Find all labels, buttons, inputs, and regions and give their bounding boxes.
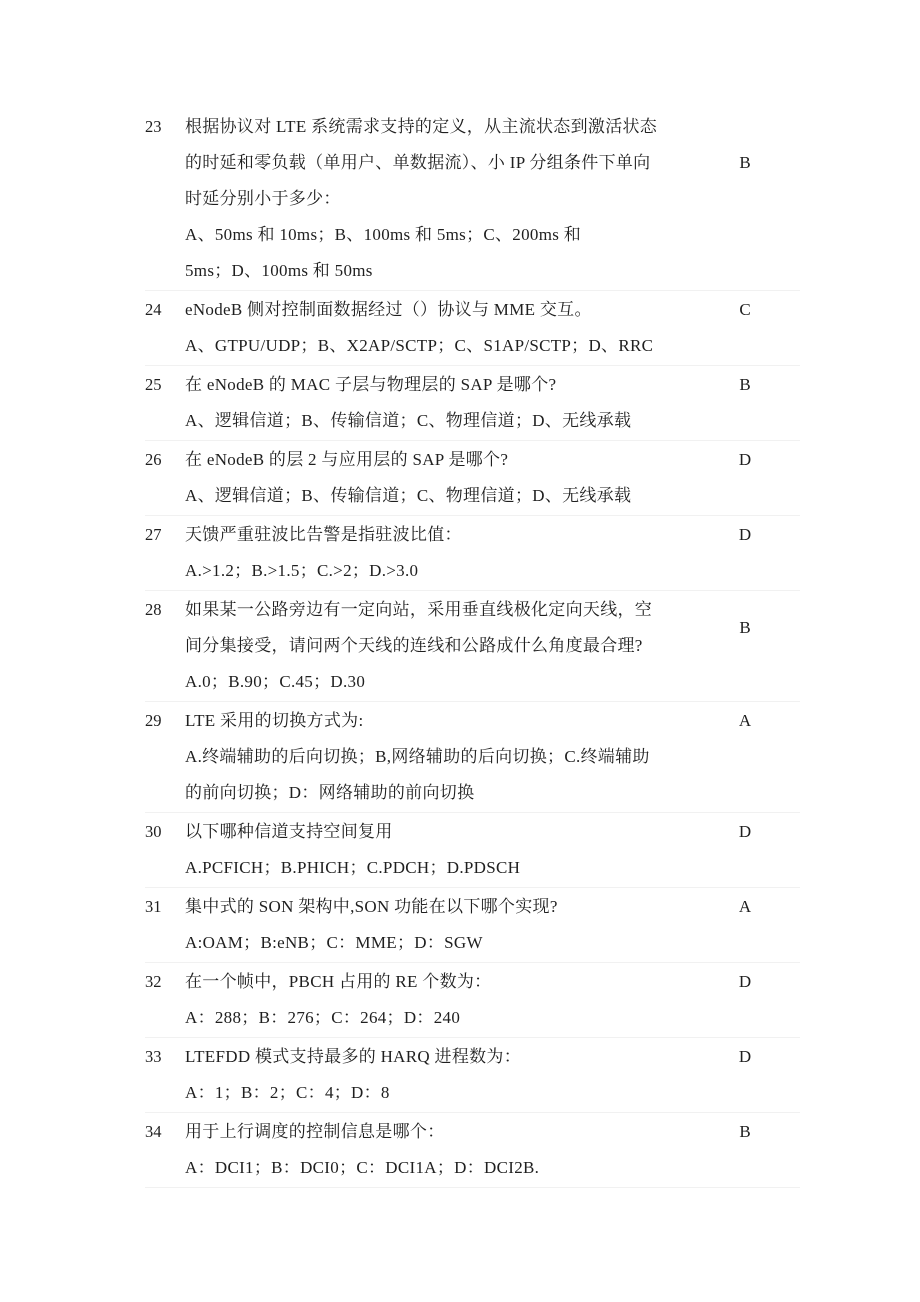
question-text: 在 eNodeB 的 MAC 子层与物理层的 SAP 是哪个? A、逻辑信道；B… bbox=[185, 367, 710, 439]
question-line: 天馈严重驻波比告警是指驻波比值： bbox=[185, 517, 710, 553]
question-text: 如果某一公路旁边有一定向站，采用垂直线极化定向天线，空 间分集接受，请问两个天线… bbox=[185, 592, 710, 700]
document-page: 23 根据协议对 LTE 系统需求支持的定义，从主流状态到激活状态 的时延和零负… bbox=[0, 0, 920, 1302]
options-line: A：1；B：2；C：4；D：8 bbox=[185, 1075, 710, 1111]
options-line: A、50ms 和 10ms；B、100ms 和 5ms；C、200ms 和 bbox=[185, 217, 710, 253]
question-line: 在 eNodeB 的层 2 与应用层的 SAP 是哪个? bbox=[185, 442, 710, 478]
question-text: LTEFDD 模式支持最多的 HARQ 进程数为： A：1；B：2；C：4；D：… bbox=[185, 1039, 710, 1111]
question-text: 集中式的 SON 架构中,SON 功能在以下哪个实现? A:OAM；B:eNB；… bbox=[185, 889, 710, 961]
question-number: 31 bbox=[145, 889, 185, 961]
question-line: 用于上行调度的控制信息是哪个： bbox=[185, 1114, 710, 1150]
question-line: 集中式的 SON 架构中,SON 功能在以下哪个实现? bbox=[185, 889, 710, 925]
question-line: 间分集接受，请问两个天线的连线和公路成什么角度最合理? bbox=[185, 628, 710, 664]
answer-letter: B bbox=[710, 367, 780, 439]
question-number: 24 bbox=[145, 292, 185, 364]
question-line: eNodeB 侧对控制面数据经过（）协议与 MME 交互。 bbox=[185, 292, 710, 328]
answer-letter: A bbox=[710, 703, 780, 811]
question-number: 30 bbox=[145, 814, 185, 886]
question-line: 在一个帧中，PBCH 占用的 RE 个数为： bbox=[185, 964, 710, 1000]
question-number: 26 bbox=[145, 442, 185, 514]
question-number: 32 bbox=[145, 964, 185, 1036]
question-row-31: 31 集中式的 SON 架构中,SON 功能在以下哪个实现? A:OAM；B:e… bbox=[145, 888, 800, 963]
options-line: A.>1.2；B.>1.5；C.>2；D.>3.0 bbox=[185, 553, 710, 589]
question-text: 在 eNodeB 的层 2 与应用层的 SAP 是哪个? A、逻辑信道；B、传输… bbox=[185, 442, 710, 514]
question-table: 23 根据协议对 LTE 系统需求支持的定义，从主流状态到激活状态 的时延和零负… bbox=[145, 108, 800, 1188]
question-number: 25 bbox=[145, 367, 185, 439]
question-row-34: 34 用于上行调度的控制信息是哪个： A：DCI1；B：DCI0；C：DCI1A… bbox=[145, 1113, 800, 1188]
options-line: A.终端辅助的后向切换；B,网络辅助的后向切换；C.终端辅助 bbox=[185, 739, 710, 775]
question-row-28: 28 如果某一公路旁边有一定向站，采用垂直线极化定向天线，空 间分集接受，请问两… bbox=[145, 591, 800, 702]
question-number: 28 bbox=[145, 592, 185, 700]
question-row-32: 32 在一个帧中，PBCH 占用的 RE 个数为： A：288；B：276；C：… bbox=[145, 963, 800, 1038]
question-line: LTE 采用的切换方式为: bbox=[185, 703, 710, 739]
question-row-25: 25 在 eNodeB 的 MAC 子层与物理层的 SAP 是哪个? A、逻辑信… bbox=[145, 366, 800, 441]
options-line: A、逻辑信道；B、传输信道；C、物理信道；D、无线承载 bbox=[185, 403, 710, 439]
question-row-23: 23 根据协议对 LTE 系统需求支持的定义，从主流状态到激活状态 的时延和零负… bbox=[145, 108, 800, 291]
answer-letter: D bbox=[710, 517, 780, 589]
question-number: 33 bbox=[145, 1039, 185, 1111]
question-line: LTEFDD 模式支持最多的 HARQ 进程数为： bbox=[185, 1039, 710, 1075]
answer-letter: C bbox=[710, 292, 780, 364]
answer-letter: D bbox=[710, 814, 780, 886]
question-line: 时延分别小于多少： bbox=[185, 181, 710, 217]
question-text: 在一个帧中，PBCH 占用的 RE 个数为： A：288；B：276；C：264… bbox=[185, 964, 710, 1036]
options-line: A、逻辑信道；B、传输信道；C、物理信道；D、无线承载 bbox=[185, 478, 710, 514]
question-row-24: 24 eNodeB 侧对控制面数据经过（）协议与 MME 交互。 A、GTPU/… bbox=[145, 291, 800, 366]
question-number: 29 bbox=[145, 703, 185, 811]
options-line: A：288；B：276；C：264；D：240 bbox=[185, 1000, 710, 1036]
question-text: 以下哪种信道支持空间复用 A.PCFICH；B.PHICH；C.PDCH；D.P… bbox=[185, 814, 710, 886]
options-line: A：DCI1；B：DCI0；C：DCI1A；D：DCI2B. bbox=[185, 1150, 710, 1186]
question-text: 天馈严重驻波比告警是指驻波比值： A.>1.2；B.>1.5；C.>2；D.>3… bbox=[185, 517, 710, 589]
question-line: 以下哪种信道支持空间复用 bbox=[185, 814, 710, 850]
question-text: 根据协议对 LTE 系统需求支持的定义，从主流状态到激活状态 的时延和零负载（单… bbox=[185, 109, 710, 289]
options-line: A:OAM；B:eNB；C：MME；D：SGW bbox=[185, 925, 710, 961]
answer-letter: D bbox=[710, 964, 780, 1036]
answer-letter: D bbox=[710, 1039, 780, 1111]
question-row-33: 33 LTEFDD 模式支持最多的 HARQ 进程数为： A：1；B：2；C：4… bbox=[145, 1038, 800, 1113]
question-line: 根据协议对 LTE 系统需求支持的定义，从主流状态到激活状态 bbox=[185, 109, 710, 145]
answer-letter: B bbox=[710, 592, 780, 700]
answer-letter: D bbox=[710, 442, 780, 514]
question-text: 用于上行调度的控制信息是哪个： A：DCI1；B：DCI0；C：DCI1A；D：… bbox=[185, 1114, 710, 1186]
question-text: LTE 采用的切换方式为: A.终端辅助的后向切换；B,网络辅助的后向切换；C.… bbox=[185, 703, 710, 811]
options-line: A.PCFICH；B.PHICH；C.PDCH；D.PDSCH bbox=[185, 850, 710, 886]
question-line: 在 eNodeB 的 MAC 子层与物理层的 SAP 是哪个? bbox=[185, 367, 710, 403]
answer-letter: B bbox=[710, 1114, 780, 1186]
options-line: 的前向切换；D：网络辅助的前向切换 bbox=[185, 775, 710, 811]
question-line: 如果某一公路旁边有一定向站，采用垂直线极化定向天线，空 bbox=[185, 592, 710, 628]
question-row-30: 30 以下哪种信道支持空间复用 A.PCFICH；B.PHICH；C.PDCH；… bbox=[145, 813, 800, 888]
answer-letter: A bbox=[710, 889, 780, 961]
question-number: 27 bbox=[145, 517, 185, 589]
question-row-27: 27 天馈严重驻波比告警是指驻波比值： A.>1.2；B.>1.5；C.>2；D… bbox=[145, 516, 800, 591]
question-line: 的时延和零负载（单用户、单数据流）、小 IP 分组条件下单向 bbox=[185, 145, 710, 181]
question-row-26: 26 在 eNodeB 的层 2 与应用层的 SAP 是哪个? A、逻辑信道；B… bbox=[145, 441, 800, 516]
options-line: A.0；B.90；C.45；D.30 bbox=[185, 664, 710, 700]
answer-letter: B bbox=[710, 109, 780, 289]
question-row-29: 29 LTE 采用的切换方式为: A.终端辅助的后向切换；B,网络辅助的后向切换… bbox=[145, 702, 800, 813]
question-number: 23 bbox=[145, 109, 185, 289]
question-text: eNodeB 侧对控制面数据经过（）协议与 MME 交互。 A、GTPU/UDP… bbox=[185, 292, 710, 364]
options-line: 5ms；D、100ms 和 50ms bbox=[185, 253, 710, 289]
question-number: 34 bbox=[145, 1114, 185, 1186]
options-line: A、GTPU/UDP；B、X2AP/SCTP；C、S1AP/SCTP；D、RRC bbox=[185, 328, 710, 364]
